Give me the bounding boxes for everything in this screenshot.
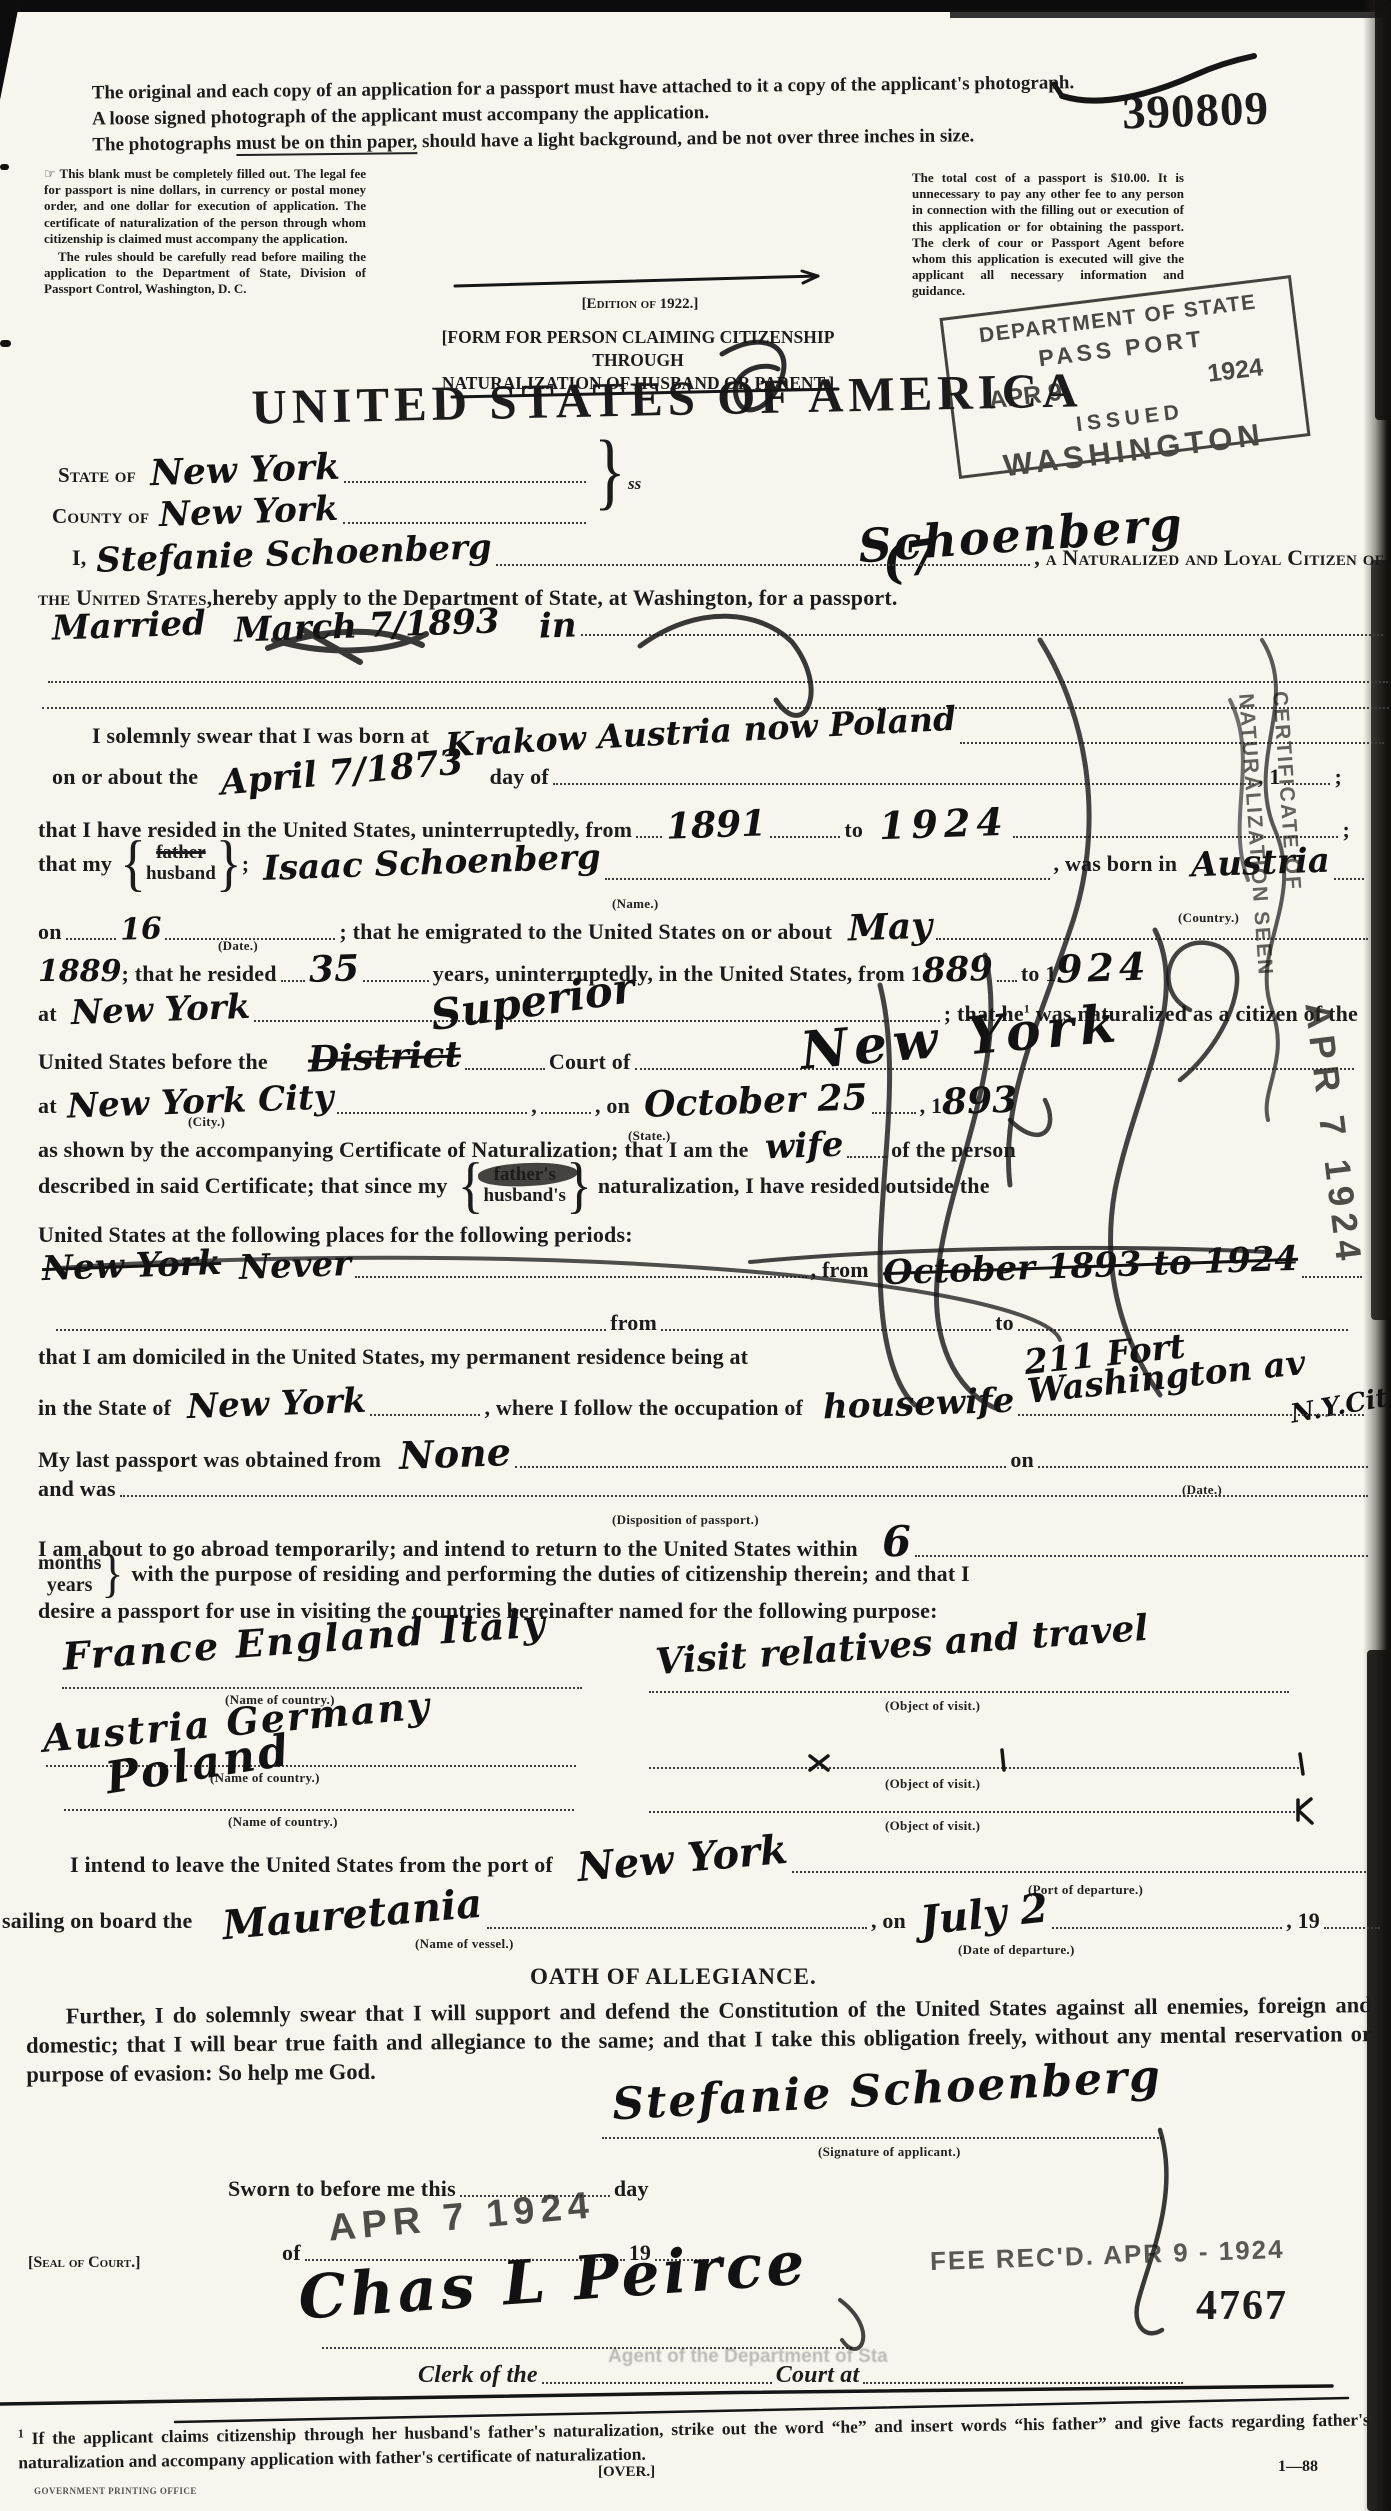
resided-to: 1924 xyxy=(879,806,1010,843)
left-instructions-p1: ☞ This blank must be completely filled o… xyxy=(44,166,366,247)
dotted-line xyxy=(56,1326,606,1331)
dotted-line xyxy=(863,2379,1183,2384)
dotted-line xyxy=(370,1411,480,1416)
residence-city-row: at New York ; that he1 was naturalized a… xyxy=(38,996,1358,1027)
apply-row: the United States, hereby apply to the D… xyxy=(38,585,1338,611)
on-label: on xyxy=(38,919,62,945)
dotted-line xyxy=(64,1806,574,1811)
since-tail: naturalization, I have resided outside t… xyxy=(598,1173,990,1199)
object-of-visit-caption: (Object of visit.) xyxy=(885,1698,980,1714)
ss-label: ss xyxy=(628,474,641,494)
edge-mark xyxy=(0,340,11,347)
resided-years-label: ; that he resided xyxy=(122,961,277,987)
underlined-phrase: must be on thin paper, xyxy=(236,131,418,156)
vessel-row: sailing on board the Mauretania , on Jul… xyxy=(2,1898,1384,1934)
port-label: I intend to leave the United States from… xyxy=(70,1852,553,1878)
husband-name: Isaac Schoenberg xyxy=(263,843,602,884)
and-was-row: and was xyxy=(38,1476,1372,1502)
married-word: Married xyxy=(52,609,207,643)
brace-close: } xyxy=(566,1161,592,1211)
emigrated-year: 1889 xyxy=(38,959,122,985)
dotted-line xyxy=(635,1065,1355,1070)
brace-open: { xyxy=(120,839,146,889)
clerk-of-label: Clerk of the xyxy=(418,2362,538,2389)
at-label: at xyxy=(38,1093,57,1119)
fee-number: 4767 xyxy=(1196,2282,1288,2330)
state-row: State of New York xyxy=(58,455,590,488)
brace-close: } xyxy=(101,1553,123,1595)
left-instructions: ☞ This blank must be completely filled o… xyxy=(44,166,366,298)
dotted-line xyxy=(1038,1463,1368,1468)
married-date: March 7/1893 xyxy=(233,607,499,645)
dotted-line xyxy=(770,833,840,838)
last-passport-label: My last passport was obtained from xyxy=(38,1447,381,1473)
year-prefix: , 1 xyxy=(920,1093,943,1119)
wife-value: wife xyxy=(764,1131,843,1163)
naturalization-place-row: at New York City , , on October 25 , 1 8… xyxy=(38,1086,1372,1119)
born-label: I solemnly swear that I was born at xyxy=(92,723,429,749)
county-value: New York xyxy=(159,495,339,530)
dotted-line xyxy=(847,1153,887,1158)
in-state-label: in the State of xyxy=(38,1395,171,1421)
dotted-line xyxy=(62,1684,582,1689)
name-caption: (Name.) xyxy=(612,896,659,912)
dotted-line xyxy=(581,631,1383,636)
birthdate-row: on or about the April 7/1873 day of , 1 … xyxy=(52,758,1342,790)
husband-row: that my { father husband } ; Isaac Schoe… xyxy=(38,842,1368,885)
dotted-line xyxy=(649,1688,1289,1693)
occupation-row: in the State of New York , where I follo… xyxy=(38,1390,1368,1421)
dotted-line xyxy=(792,1868,1366,1873)
city-caption: (City.) xyxy=(188,1114,225,1130)
court-at-label: Court at xyxy=(776,2362,860,2389)
dotted-line xyxy=(120,1492,1368,1497)
dep-date-caption: (Date of departure.) xyxy=(958,1942,1075,1958)
court-of-label: Court of xyxy=(549,1049,631,1075)
since-row: described in said Certificate; that sinc… xyxy=(38,1164,1372,1207)
months-option: months xyxy=(38,1552,101,1574)
document-number: 390809 xyxy=(1121,81,1270,140)
fathers-option-struck: father's xyxy=(484,1165,566,1186)
naturalization-year: 893 xyxy=(942,1085,1018,1118)
father-option-struck: father xyxy=(146,843,216,864)
last-passport-value: None xyxy=(399,1436,512,1472)
on-label: , on xyxy=(595,1093,630,1119)
that-my-label: that my xyxy=(38,851,112,877)
at-label: at xyxy=(38,1001,57,1027)
on-or-about-label: on or about the xyxy=(52,764,198,790)
to-year: 924 xyxy=(1056,950,1151,986)
naturalization-date: October 25 xyxy=(644,1082,869,1120)
dotted-line xyxy=(1018,1411,1364,1416)
dotted-line xyxy=(487,1924,867,1929)
husband-birth-date: 16 xyxy=(119,916,162,943)
dotted-line xyxy=(872,1109,916,1114)
dotted-line xyxy=(337,1109,527,1114)
signature-flourish xyxy=(1137,2130,1167,2333)
was-born-in-label: , was born in xyxy=(1054,851,1178,877)
form-code: 1—88 xyxy=(1278,2458,1318,2476)
months-years-stack: months years xyxy=(38,1552,101,1596)
occupation-label: , where I follow the occupation of xyxy=(484,1395,803,1421)
married-in: in xyxy=(539,611,578,641)
comma: , xyxy=(531,1093,537,1119)
dotted-line xyxy=(465,1065,545,1070)
dotted-line xyxy=(636,833,662,838)
dotted-line xyxy=(281,977,305,982)
i-label: I, xyxy=(72,545,86,571)
day-label: day xyxy=(614,2176,649,2202)
gpo-imprint: GOVERNMENT PRINTING OFFICE xyxy=(34,2486,197,2496)
dotted-line xyxy=(344,478,586,483)
object-of-visit-caption: (Object of visit.) xyxy=(885,1776,980,1792)
port-row: I intend to leave the United States from… xyxy=(70,1842,1370,1878)
dotted-line xyxy=(515,1463,1006,1468)
dotted-line xyxy=(542,2379,772,2384)
brace-open: { xyxy=(458,1161,484,1211)
dotted-line xyxy=(1052,1924,1282,1929)
resided-from: 1891 xyxy=(666,808,767,842)
sworn-label: Sworn to before me this xyxy=(228,2176,456,2202)
scan-edge-corner xyxy=(0,0,20,100)
k-mark xyxy=(1298,1799,1312,1823)
to-one-label: to 1 xyxy=(1021,961,1057,987)
on-label: on xyxy=(1010,1447,1034,1473)
footnote-body: If the applicant claims citizenship thro… xyxy=(18,2409,1370,2472)
footnote: 1 If the applicant claims citizenship th… xyxy=(18,2403,1371,2475)
of-person-label: of the person xyxy=(891,1137,1016,1163)
jurat-brace: } xyxy=(594,438,626,507)
binding-streak xyxy=(1367,1650,1391,2511)
fee-received-stamp: FEE REC'D. APR 9 - 1924 xyxy=(930,2234,1286,2277)
applicant-name: Stefanie Schoenberg xyxy=(96,533,493,576)
semicolon: ; xyxy=(1342,817,1350,843)
dotted-line xyxy=(602,2134,1162,2139)
period-struck: October 1893 to 1924 xyxy=(882,1245,1298,1288)
semicolon: ; xyxy=(1334,764,1342,790)
dotted-line xyxy=(649,1808,1299,1813)
passport-application-scan: The original and each copy of an applica… xyxy=(0,0,1391,2511)
right-instructions: The total cost of a passport is $10.00. … xyxy=(912,170,1184,300)
citizen-tail: , a Naturalized and Loyal Citizen of xyxy=(1034,545,1384,571)
occupation-value: housewife xyxy=(823,1387,1015,1423)
place-struck: New York xyxy=(42,1249,222,1284)
of-label: of xyxy=(282,2240,301,2266)
to-label: to xyxy=(995,1310,1014,1336)
place-value: Never xyxy=(239,1250,352,1283)
vessel-caption: (Name of vessel.) xyxy=(415,1936,514,1952)
and-was-label: and was xyxy=(38,1476,116,1502)
dotted-line xyxy=(355,1273,806,1278)
oath-heading: OATH OF ALLEGIANCE. xyxy=(530,1964,817,1990)
name-of-country-caption: (Name of country.) xyxy=(228,1814,338,1830)
clerk-flourish xyxy=(840,2300,863,2349)
binding-streak xyxy=(1371,560,1391,1320)
fathers-husbands-stack: father's husband's xyxy=(484,1165,566,1207)
object-of-visit-caption: (Object of visit.) xyxy=(885,1818,980,1834)
dotted-line xyxy=(605,875,1050,880)
dotted-line xyxy=(363,977,429,982)
birth-date: April 7/1873 xyxy=(219,747,464,798)
from-year: 889 xyxy=(921,955,993,986)
seal-of-court-label: [Seal of Court.] xyxy=(28,2254,140,2272)
binding-streak xyxy=(1375,0,1391,420)
emigrated-month: May xyxy=(848,911,933,945)
state-value: New York xyxy=(150,452,341,489)
dotted-line xyxy=(997,977,1017,982)
last-passport-row: My last passport was obtained from None … xyxy=(38,1438,1372,1473)
port-value: New York xyxy=(576,1833,789,1885)
vessel-value: Mauretania xyxy=(221,1887,483,1944)
court-row: United States before the District Court … xyxy=(38,1042,1358,1075)
places-row: New York Never , from October 1893 to 19… xyxy=(42,1252,1366,1283)
dotted-line xyxy=(343,519,587,524)
comma: ; xyxy=(242,851,250,877)
left-instructions-p2: The rules should be carefully read befor… xyxy=(44,249,366,298)
departure-date: July 2 xyxy=(919,1891,1050,1938)
applicant-row: I, Stefanie Schoenberg , a Naturalized a… xyxy=(72,540,1384,571)
born-row: I solemnly swear that I was born at Krak… xyxy=(92,718,1388,749)
months-years-row: months years } with the purpose of resid… xyxy=(38,1552,1372,1596)
to-label: to xyxy=(844,817,863,843)
before-label: United States before the xyxy=(38,1049,268,1075)
resided-years: 35 xyxy=(308,953,359,985)
dotted-line xyxy=(649,1764,1299,1769)
father-husband-stack: father husband xyxy=(146,843,216,885)
dotted-line xyxy=(48,678,1388,683)
over-label: [OVER.] xyxy=(598,2464,655,2481)
clerk-row: Clerk of the Court at xyxy=(418,2362,1298,2389)
married-row: Married March 7/1893 in xyxy=(52,612,1387,641)
dotted-line xyxy=(1334,875,1364,880)
wife-row: as shown by the accompanying Certificate… xyxy=(38,1132,1372,1163)
dotted-line xyxy=(960,739,1384,744)
signature-caption: (Signature of applicant.) xyxy=(818,2144,961,2160)
purpose-line: with the purpose of residing and perform… xyxy=(131,1561,969,1587)
year-prefix: , 19 xyxy=(1286,1908,1320,1934)
day-of-label: day of xyxy=(490,764,549,790)
form-heading-line1: [FORM FOR PERSON CLAIMING CITIZENSHIP TH… xyxy=(398,326,878,372)
dotted-line xyxy=(42,704,1389,709)
dotted-line xyxy=(496,561,1030,566)
born-place: Krakow Austria now Poland xyxy=(445,705,957,760)
years-resided-row: 1889 ; that he resided 35 years, uninter… xyxy=(38,952,1374,987)
husband-option: husband xyxy=(146,864,216,885)
years-option: years xyxy=(38,1574,101,1596)
dotted-line xyxy=(661,1326,991,1331)
dotted-line xyxy=(553,780,1254,785)
edge-mark xyxy=(0,164,9,170)
scan-edge-top-right xyxy=(950,10,1391,18)
husbands-option: husband's xyxy=(484,1186,566,1207)
domicile-state: New York xyxy=(187,1387,367,1422)
residence-city: New York xyxy=(70,993,250,1028)
dotted-line xyxy=(1324,1924,1380,1929)
from-label: , from xyxy=(811,1257,869,1283)
dotted-line xyxy=(66,935,116,940)
edition-note: [Edition of 1922.] xyxy=(500,296,780,313)
dotted-line xyxy=(541,1109,591,1114)
state-label: State of xyxy=(58,463,136,488)
domicile-row: that I am domiciled in the United States… xyxy=(38,1344,1048,1370)
domiciled-label: that I am domiciled in the United States… xyxy=(38,1344,748,1370)
wife-label: as shown by the accompanying Certificate… xyxy=(38,1137,749,1163)
from-label: from xyxy=(610,1310,657,1336)
since-label: described in said Certificate; that sinc… xyxy=(38,1173,448,1199)
brace-close: } xyxy=(216,839,242,889)
sailing-label: sailing on board the xyxy=(2,1908,192,1934)
county-row: County of New York xyxy=(52,498,590,529)
on-label: , on xyxy=(871,1908,906,1934)
county-label: County of xyxy=(52,504,149,529)
court-type-struck: District xyxy=(307,1039,461,1075)
emigrated-label: ; that he emigrated to the United States… xyxy=(339,919,832,945)
